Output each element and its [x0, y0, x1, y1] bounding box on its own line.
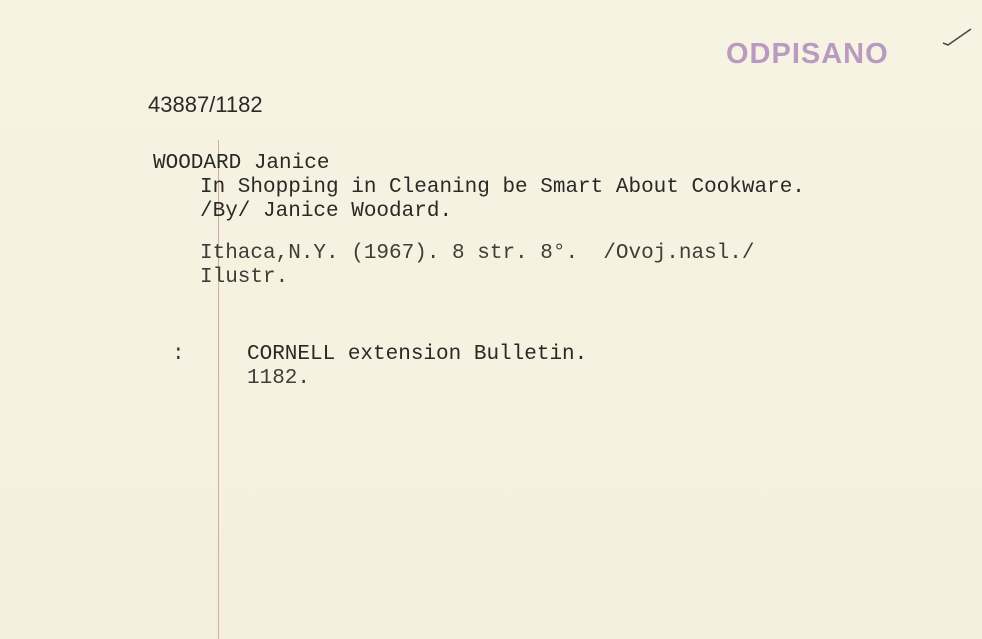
- imprint-line-1: Ithaca,N.Y. (1967). 8 str. 8°. /Ovoj.nas…: [200, 242, 755, 265]
- series-line-1: CORNELL extension Bulletin.: [247, 343, 587, 366]
- catalog-card: ODPISANO 43887/1182 WOODARD Janice In Sh…: [0, 0, 982, 639]
- author-heading: WOODARD Janice: [153, 152, 329, 175]
- imprint-line-2: Ilustr.: [200, 266, 288, 289]
- series-marker: :: [172, 343, 185, 366]
- title-line-1: In Shopping in Cleaning be Smart About C…: [200, 176, 805, 199]
- series-line-2: 1182.: [247, 367, 310, 390]
- title-line-2: /By/ Janice Woodard.: [200, 200, 452, 223]
- call-number: 43887/1182: [148, 92, 263, 118]
- checkmark-icon: [942, 26, 972, 46]
- odpisano-stamp: ODPISANO: [726, 38, 889, 71]
